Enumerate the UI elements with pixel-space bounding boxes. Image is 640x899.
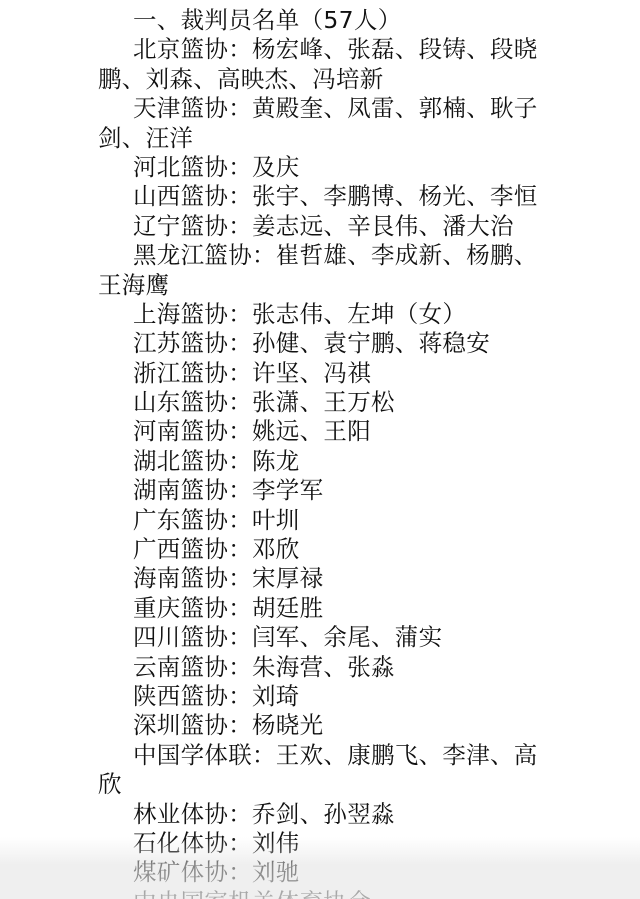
- referee-list-entry: 石化体协：刘伟: [98, 829, 568, 858]
- referee-list-entry: 陕西篮协：刘琦: [98, 682, 568, 711]
- referee-list-entry: 广西篮协：邓欣: [98, 535, 568, 564]
- referee-list-entry: 黑龙江篮协：崔哲雄、李成新、杨鹏、: [98, 241, 568, 270]
- referee-list-entry: 天津篮协：黄殿奎、凤雷、郭楠、耿子: [98, 94, 568, 123]
- referee-list-entry: 湖南篮协：李学军: [98, 476, 568, 505]
- referee-list-entry: 湖北篮协：陈龙: [98, 447, 568, 476]
- section-heading: 一、裁判员名单（57人）: [98, 6, 568, 35]
- referee-list-continuation: 鹏、刘森、高映杰、冯培新: [98, 65, 568, 94]
- cut-off-line: 中央国家机关体育协会: [98, 888, 568, 899]
- referee-list-entry: 河南篮协：姚远、王阳: [98, 417, 568, 446]
- referee-list-entry: 中国学体联：王欢、康鹏飞、李津、高: [98, 741, 568, 770]
- referee-list-entry: 江苏篮协：孙健、袁宁鹏、蒋稳安: [98, 329, 568, 358]
- document-page: 一、裁判员名单（57人） 北京篮协：杨宏峰、张磊、段铸、段晓鹏、刘森、高映杰、冯…: [98, 6, 568, 899]
- referee-list-entry: 广东篮协：叶圳: [98, 506, 568, 535]
- referee-list-entry: 北京篮协：杨宏峰、张磊、段铸、段晓: [98, 35, 568, 64]
- referee-list-entry: 山西篮协：张宇、李鹏博、杨光、李恒: [98, 182, 568, 211]
- referee-list-entry: 上海篮协：张志伟、左坤（女）: [98, 300, 568, 329]
- referee-list-entry: 云南篮协：朱海营、张淼: [98, 653, 568, 682]
- referee-list-entry: 重庆篮协：胡廷胜: [98, 594, 568, 623]
- referee-list-entry: 河北篮协：及庆: [98, 153, 568, 182]
- referee-list-continuation: 剑、汪洋: [98, 124, 568, 153]
- referee-list-entry: 四川篮协：闫军、余尾、蒲实: [98, 623, 568, 652]
- referee-list-continuation: 王海鹰: [98, 271, 568, 300]
- referee-list-entry: 林业体协：乔剑、孙翌淼: [98, 800, 568, 829]
- referee-list: 北京篮协：杨宏峰、张磊、段铸、段晓鹏、刘森、高映杰、冯培新天津篮协：黄殿奎、凤雷…: [98, 35, 568, 887]
- referee-list-entry: 海南篮协：宋厚禄: [98, 564, 568, 593]
- referee-list-continuation: 欣: [98, 770, 568, 799]
- referee-list-entry: 浙江篮协：许坚、冯祺: [98, 359, 568, 388]
- referee-list-entry: 辽宁篮协：姜志远、辛艮伟、潘大治: [98, 212, 568, 241]
- referee-list-entry: 煤矿体协：刘驰: [98, 858, 568, 887]
- referee-list-entry: 深圳篮协：杨晓光: [98, 711, 568, 740]
- referee-list-entry: 山东篮协：张潇、王万松: [98, 388, 568, 417]
